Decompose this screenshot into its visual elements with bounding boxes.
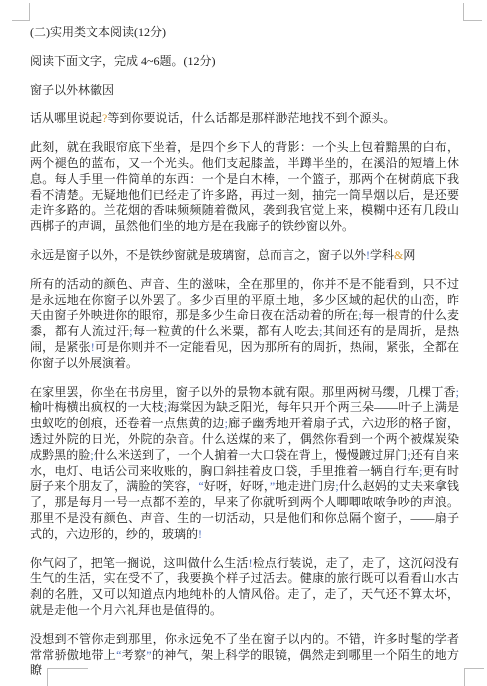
paragraph: 此刻，就在我眼帘底下坐着，是四个乡下人的背影：一个头上包着黯黑的白布，两个褪色的… (30, 140, 459, 235)
text-run: 地走进门房 (275, 479, 335, 493)
margin-mark-top-right-horizontal (464, 20, 482, 21)
section-heading: (二)实用类文本阅读(12分) (30, 25, 459, 41)
margin-mark-top-right-vertical (463, 3, 464, 21)
text-run: 考察 (121, 648, 146, 662)
paragraph: 你气闷了，把笔一搁说，这叫做什么生活!检点行装说，走了，走了，这沉闷没有生气的生… (30, 556, 459, 619)
title-author-line: 窗子以外林徽因 (30, 83, 459, 99)
paragraph: 在家里罢，你坐在书房里，窗子以外的景物本就有限。那里两树马缨，几棵丁香;榆叶梅横… (30, 385, 459, 543)
margin-mark-top-left-horizontal (12, 20, 30, 21)
body-paragraphs: 话从哪里说起?等到你要说话，什么话都是那样渺茫地找不到个源头。此刻，就在我眼帘底… (30, 111, 459, 679)
text-run: 你气闷了，把笔一搁说，这叫做什么生活 (30, 556, 249, 570)
margin-mark-bottom-right-vertical (464, 669, 465, 686)
text-run: 永远是窗子以外，不是铁纱窗就是玻璃窗，总而言之，窗子以外 (30, 248, 366, 262)
text-run: 好呀，好呀， (204, 479, 270, 493)
instruction-line: 阅读下面文字，完成 4~6题。(12分) (30, 54, 459, 70)
paragraph: 没想到不管你走到那里，你永远免不了坐在窗子以内的。不错，许多时髦的学者常常骄傲地… (30, 632, 459, 679)
paragraph: 永远是窗子以外，不是铁纱窗就是玻璃窗，总而言之，窗子以外!学科&网 (30, 248, 459, 264)
paragraph: 所有的活动的颜色、声音、生的滋味，全在那里的，你并不是不能看到，只不过是永远地在… (30, 277, 459, 372)
paragraph: 话从哪里说起?等到你要说话，什么话都是那样渺茫地找不到个源头。 (30, 111, 459, 127)
text-run: 在家里罢，你坐在书房里，窗子以外的景物本就有限。那里两树马缨，几棵丁香 (30, 385, 456, 399)
document-page: (二)实用类文本阅读(12分) 阅读下面文字，完成 4~6题。(12分) 窗子以… (0, 0, 487, 686)
colored-mark: ; (456, 385, 459, 399)
colored-mark: ! (198, 527, 202, 541)
text-run: 话从哪里说起 (30, 111, 102, 125)
text-run: 每一粒黄的什么米粟，都有人吃去 (133, 324, 320, 338)
document-content: (二)实用类文本阅读(12分) 阅读下面文字，完成 4~6题。(12分) 窗子以… (30, 25, 459, 686)
text-run: 可是你则并不一定能看见，因为那所有的周折，热闹，紧张，全都在你窗子以外展演着。 (30, 340, 459, 370)
margin-mark-bottom-right-horizontal (464, 668, 484, 669)
colored-mark: & (394, 248, 403, 262)
text-run: 等到你要说话，什么话都是那样渺茫地找不到个源头。 (107, 111, 395, 125)
text-run: 网 (403, 248, 415, 262)
text-run: 什么米送到了，一个人掮着一大口袋在背上，慢慢踱过屏门 (94, 448, 408, 462)
text-run: 此刻，就在我眼帘底下坐着，是四个乡下人的背影：一个头上包着黯黑的白布，两个褪色的… (30, 140, 459, 233)
text-run: 学科 (370, 248, 394, 262)
margin-mark-top-left-vertical (29, 3, 30, 21)
text-run: 榆叶梅横出疯权的一大枝 (30, 400, 164, 414)
